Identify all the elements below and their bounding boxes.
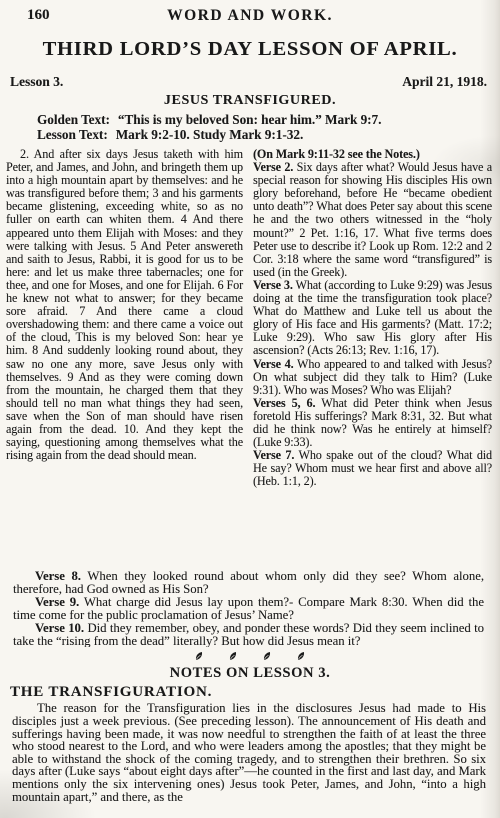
question-verse-lead: Verse 4. <box>253 357 294 371</box>
question-text: Did they remember, obey, and ponder thes… <box>13 621 484 648</box>
scanned-page: 160 WORD AND WORK. THIRD LORD’S DAY LESS… <box>0 0 500 818</box>
question-verse-lead: Verse 9. <box>35 595 79 609</box>
lesson-heading: THIRD LORD’S DAY LESSON OF APRIL. <box>0 38 500 61</box>
scripture-column: 2. And after six days Jesus taketh with … <box>6 148 243 568</box>
question-text: Six days after what? Would Jesus have a … <box>253 160 492 279</box>
page-header: 160 WORD AND WORK. <box>0 0 500 26</box>
lesson-text-label: Lesson Text: <box>37 127 108 142</box>
fleuron-icon <box>193 650 204 661</box>
notes-subheading: THE TRANSFIGURATION. <box>0 684 500 700</box>
question-verse-lead: Verse 7. <box>253 448 294 462</box>
question-verse-lead: Verses 5, 6. <box>253 396 315 410</box>
scripture-text: 2. And after six days Jesus taketh with … <box>6 148 243 462</box>
golden-text-label: Golden Text: <box>37 112 110 127</box>
notes-paragraph: The reason for the Transfiguration lies … <box>0 702 500 803</box>
question-verse-lead: Verse 2. <box>253 160 293 174</box>
notes-heading: NOTES ON LESSON 3. <box>0 665 500 681</box>
lesson-meta-row: Lesson 3. April 21, 1918. <box>0 74 500 90</box>
lesson-date: April 21, 1918. <box>402 74 487 90</box>
question-item: Verses 5, 6. What did Peter think when J… <box>253 397 492 449</box>
full-width-questions: Verse 8. When they looked round about wh… <box>0 570 500 647</box>
questions-column: (On Mark 9:11-32 see the Notes.) Verse 2… <box>253 148 492 568</box>
ornament-row <box>0 650 500 661</box>
question-item: Verse 2. Six days after what? Would Jesu… <box>253 161 492 279</box>
lesson-number: Lesson 3. <box>10 74 63 90</box>
question-item: Verse 7. Who spake out of the cloud? Wha… <box>253 449 492 488</box>
question-text: What charge did Jesus lay upon them?- Co… <box>13 595 484 622</box>
question-text: When they looked round about whom only d… <box>13 570 484 596</box>
fleuron-icon <box>295 650 306 661</box>
question-item: Verse 10. Did they remember, obey, and p… <box>13 622 484 648</box>
fleuron-icon <box>261 650 272 661</box>
question-item: Verse 9. What charge did Jesus lay upon … <box>13 596 484 622</box>
question-item: Verse 8. When they looked round about wh… <box>13 570 484 596</box>
lesson-text-value: Mark 9:2-10. Study Mark 9:1-32. <box>116 127 304 142</box>
golden-text-line: Golden Text:“This is my beloved Son: hea… <box>37 112 500 127</box>
golden-text-value: “This is my beloved Son: hear him.” Mark… <box>118 112 382 127</box>
question-item: Verse 4. Who appeared to and talked with… <box>253 358 492 397</box>
lesson-text-line: Lesson Text:Mark 9:2-10. Study Mark 9:1-… <box>37 127 500 142</box>
fleuron-icon <box>227 650 238 661</box>
journal-title: WORD AND WORK. <box>0 7 500 25</box>
question-item: Verse 3. What (according to Luke 9:29) w… <box>253 279 492 358</box>
question-verse-lead: Verse 10. <box>35 621 84 635</box>
text-references: Golden Text:“This is my beloved Son: hea… <box>0 112 500 142</box>
question-verse-lead: Verse 3. <box>253 278 293 292</box>
two-column-body: 2. And after six days Jesus taketh with … <box>0 148 500 568</box>
lesson-subject: JESUS TRANSFIGURED. <box>0 93 500 109</box>
